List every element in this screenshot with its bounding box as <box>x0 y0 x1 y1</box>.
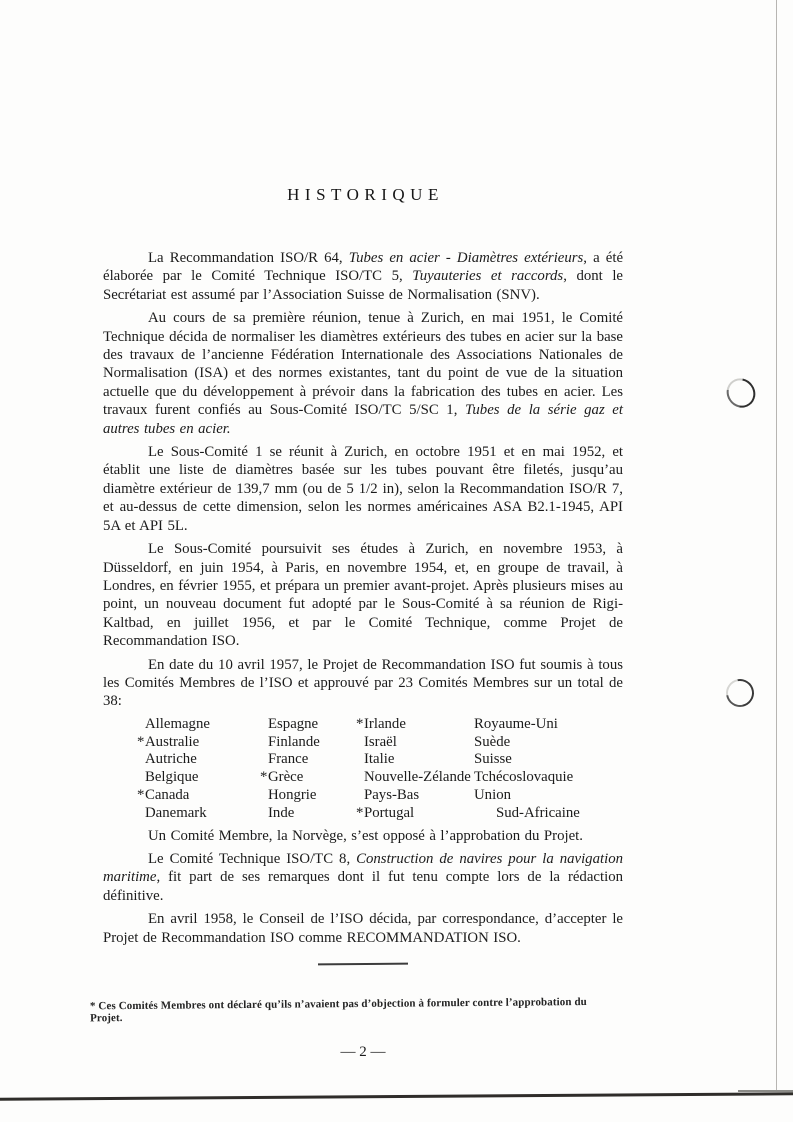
country-name: Danemark <box>145 805 207 821</box>
country-item: Belgique <box>145 769 268 787</box>
country-name: Nouvelle-Zélande <box>364 769 471 785</box>
country-item: Danemark <box>145 805 268 823</box>
italic-text-segment: Tubes en acier - Diamètres extérieurs <box>349 250 584 266</box>
paragraph: La Recommandation ISO/R 64, Tubes en aci… <box>103 249 623 304</box>
country-name: France <box>268 751 308 767</box>
text-segment: , fit part de ses remarques dont il fut … <box>103 869 623 903</box>
country-name: Allemagne <box>145 716 210 732</box>
country-name: Sud-Africaine <box>496 805 580 821</box>
country-name: Suisse <box>474 751 512 767</box>
country-name: Irlande <box>364 716 406 732</box>
country-name: Tchécoslovaquie <box>474 769 573 785</box>
country-item: Suisse <box>474 751 623 769</box>
paragraph: Au cours de sa première réunion, tenue à… <box>103 309 623 438</box>
text-segment: En date du 10 avril 1957, le Projet de R… <box>103 657 623 710</box>
country-name: Canada <box>145 787 189 803</box>
country-item: Italie <box>364 751 474 769</box>
body-paragraphs-after: Un Comité Membre, la Norvège, s’est oppo… <box>103 827 623 947</box>
country-item: Tchécoslovaquie <box>474 769 623 787</box>
country-item: Pays-Bas <box>364 787 474 805</box>
country-name: Italie <box>364 751 394 767</box>
country-item: Espagne <box>268 716 364 734</box>
no-objection-asterisk: * <box>260 769 268 787</box>
italic-text-segment: Tuyauteries et raccords <box>412 268 563 284</box>
binder-hole-mark-icon <box>721 373 761 414</box>
country-name: Grèce <box>268 769 303 785</box>
no-objection-asterisk: * <box>356 805 364 823</box>
paragraph: En date du 10 avril 1957, le Projet de R… <box>103 656 623 711</box>
country-name: Portugal <box>364 805 414 821</box>
country-item: Suède <box>474 734 623 752</box>
footnote-separator-rule <box>318 963 408 966</box>
country-item: Finlande <box>268 734 364 752</box>
country-name: Inde <box>268 805 294 821</box>
text-segment: Un Comité Membre, la Norvège, s’est oppo… <box>148 828 583 844</box>
text-segment: Le Comité Technique ISO/TC 8, <box>148 851 356 867</box>
country-item: Hongrie <box>268 787 364 805</box>
country-item: *Australie <box>145 734 268 752</box>
country-item: *Canada <box>145 787 268 805</box>
page-bottom-edge-line-short <box>738 1090 793 1092</box>
country-column: Royaume-UniSuèdeSuisseTchécoslovaquieUni… <box>474 716 623 823</box>
country-name: Autriche <box>145 751 197 767</box>
country-item: Royaume-Uni <box>474 716 623 734</box>
country-name: Belgique <box>145 769 198 785</box>
paragraph: Le Sous-Comité 1 se réunit à Zurich, en … <box>103 443 623 535</box>
country-column: EspagneFinlandeFrance*GrèceHongrieInde <box>268 716 364 823</box>
text-segment: Le Sous-Comité 1 se réunit à Zurich, en … <box>103 444 623 534</box>
country-item: Sud-Africaine <box>474 805 623 823</box>
document-page: HISTORIQUE La Recommandation ISO/R 64, T… <box>0 0 793 1122</box>
paragraph: Le Comité Technique ISO/TC 8, Constructi… <box>103 850 623 905</box>
page-title: HISTORIQUE <box>103 186 623 203</box>
country-item: Israël <box>364 734 474 752</box>
country-item: *Grèce <box>268 769 364 787</box>
paragraph: Le Sous-Comité poursuivit ses études à Z… <box>103 540 623 650</box>
page-edge-line <box>776 0 777 1091</box>
no-objection-asterisk: * <box>356 716 364 734</box>
no-objection-asterisk: * <box>137 787 145 805</box>
paragraph: Un Comité Membre, la Norvège, s’est oppo… <box>103 827 623 845</box>
body-paragraphs-before: La Recommandation ISO/R 64, Tubes en aci… <box>103 249 623 711</box>
text-segment: En avril 1958, le Conseil de l’ISO décid… <box>103 911 623 945</box>
country-item: Autriche <box>145 751 268 769</box>
country-item: *Irlande <box>364 716 474 734</box>
page-number: — 2 — <box>103 1044 623 1061</box>
country-item: France <box>268 751 364 769</box>
no-objection-asterisk: * <box>137 734 145 752</box>
country-name: Australie <box>145 734 199 750</box>
country-name: Union <box>474 787 511 803</box>
paragraph: En avril 1958, le Conseil de l’ISO décid… <box>103 910 623 947</box>
footnote-text: * Ces Comités Membres ont déclaré qu’ils… <box>90 996 622 1025</box>
country-name: Royaume-Uni <box>474 716 558 732</box>
country-item: Allemagne <box>145 716 268 734</box>
country-name: Espagne <box>268 716 318 732</box>
binder-hole-mark-icon <box>721 674 760 713</box>
country-name: Pays-Bas <box>364 787 419 803</box>
country-name: Finlande <box>268 734 320 750</box>
country-item: *Portugal <box>364 805 474 823</box>
page-bottom-edge-line <box>0 1092 793 1101</box>
country-name: Israël <box>364 734 397 750</box>
country-item: Inde <box>268 805 364 823</box>
country-column: Allemagne*AustralieAutricheBelgique*Cana… <box>145 716 268 823</box>
country-item: Union <box>474 787 623 805</box>
country-name: Suède <box>474 734 510 750</box>
text-segment: Le Sous-Comité poursuivit ses études à Z… <box>103 541 623 649</box>
member-countries-list: Allemagne*AustralieAutricheBelgique*Cana… <box>145 716 623 823</box>
text-segment: La Recommandation ISO/R 64, <box>148 250 349 266</box>
country-item: Nouvelle-Zélande <box>364 769 474 787</box>
country-name: Hongrie <box>268 787 317 803</box>
text-column: HISTORIQUE La Recommandation ISO/R 64, T… <box>103 186 623 952</box>
country-column: *IrlandeIsraëlItalieNouvelle-ZélandePays… <box>364 716 474 823</box>
